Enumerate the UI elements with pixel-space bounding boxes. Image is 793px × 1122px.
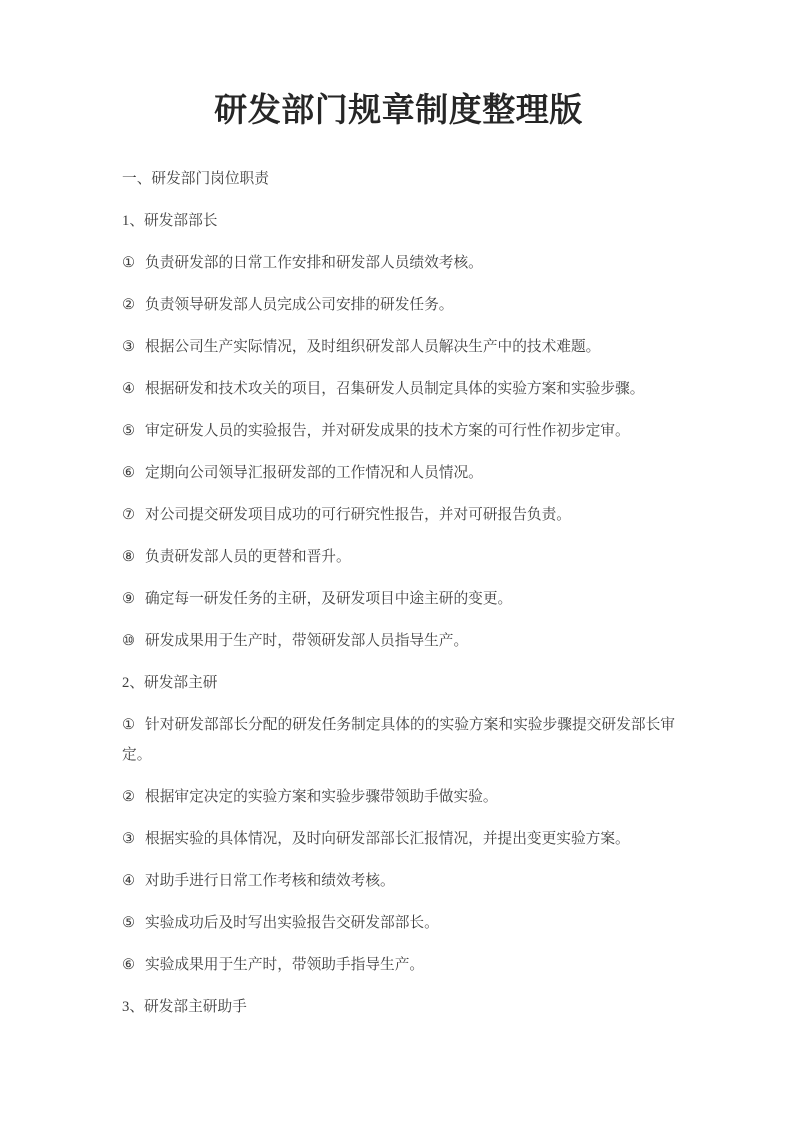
list-item: ①针对研发部部长分配的研发任务制定具体的的实验方案和实验步骤提交研发部长审定。 (122, 710, 675, 770)
item-text: 对公司提交研发项目成功的可行研究性报告，并对可研报告负责。 (145, 507, 571, 523)
item-marker: ④ (122, 374, 137, 404)
item-marker: ① (122, 248, 137, 278)
list-item: ③根据实验的具体情况，及时向研发部部长汇报情况，并提出变更实验方案。 (122, 824, 675, 854)
list-item: ⑩研发成果用于生产时，带领研发部人员指导生产。 (122, 626, 675, 656)
list-item: ④根据研发和技术攻关的项目，召集研发人员制定具体的实验方案和实验步骤。 (122, 374, 675, 404)
list-item: ③根据公司生产实际情况，及时组织研发部人员解决生产中的技术难题。 (122, 332, 675, 362)
item-text: 根据公司生产实际情况，及时组织研发部人员解决生产中的技术难题。 (145, 339, 600, 355)
item-text: 确定每一研发任务的主研，及研发项目中途主研的变更。 (145, 591, 512, 607)
item-text: 负责研发部的日常工作安排和研发部人员绩效考核。 (145, 255, 483, 271)
subsection-heading-1: 1、研发部部长 (122, 206, 675, 236)
item-marker: ⑤ (122, 908, 137, 938)
item-marker: ⑤ (122, 416, 137, 446)
list-item: ⑤实验成功后及时写出实验报告交研发部部长。 (122, 908, 675, 938)
section-heading: 一、研发部门岗位职责 (122, 164, 675, 194)
list-item: ②负责领导研发部人员完成公司安排的研发任务。 (122, 290, 675, 320)
item-marker: ⑨ (122, 584, 137, 614)
list-item: ⑥实验成果用于生产时，带领助手指导生产。 (122, 950, 675, 980)
list-item: ②根据审定决定的实验方案和实验步骤带领助手做实验。 (122, 782, 675, 812)
item-text: 负责领导研发部人员完成公司安排的研发任务。 (145, 297, 453, 313)
document-page: 研发部门规章制度整理版 一、研发部门岗位职责 1、研发部部长 ①负责研发部的日常… (0, 0, 793, 1122)
list-item: ①负责研发部的日常工作安排和研发部人员绩效考核。 (122, 248, 675, 278)
item-text: 根据研发和技术攻关的项目，召集研发人员制定具体的实验方案和实验步骤。 (145, 381, 644, 397)
list-item: ⑧负责研发部人员的更替和晋升。 (122, 542, 675, 572)
item-marker: ⑧ (122, 542, 137, 572)
item-marker: ④ (122, 866, 137, 896)
list-item: ④对助手进行日常工作考核和绩效考核。 (122, 866, 675, 896)
item-marker: ③ (122, 332, 137, 362)
list-item: ⑨确定每一研发任务的主研，及研发项目中途主研的变更。 (122, 584, 675, 614)
list-item: ⑦对公司提交研发项目成功的可行研究性报告，并对可研报告负责。 (122, 500, 675, 530)
item-text: 负责研发部人员的更替和晋升。 (145, 549, 351, 565)
item-marker: ② (122, 290, 137, 320)
item-marker: ⑥ (122, 950, 137, 980)
list-item: ⑤审定研发人员的实验报告，并对研发成果的技术方案的可行性作初步定审。 (122, 416, 675, 446)
item-text: 针对研发部部长分配的研发任务制定具体的的实验方案和实验步骤提交研发部长审定。 (122, 717, 675, 763)
item-marker: ③ (122, 824, 137, 854)
item-marker: ⑦ (122, 500, 137, 530)
item-text: 研发成果用于生产时，带领研发部人员指导生产。 (145, 633, 468, 649)
item-text: 根据审定决定的实验方案和实验步骤带领助手做实验。 (145, 789, 498, 805)
item-text: 根据实验的具体情况，及时向研发部部长汇报情况，并提出变更实验方案。 (145, 831, 630, 847)
item-marker: ⑩ (122, 626, 137, 656)
subsection-heading-2: 2、研发部主研 (122, 668, 675, 698)
list-item: ⑥定期向公司领导汇报研发部的工作情况和人员情况。 (122, 458, 675, 488)
item-text: 审定研发人员的实验报告，并对研发成果的技术方案的可行性作初步定审。 (145, 423, 630, 439)
item-text: 定期向公司领导汇报研发部的工作情况和人员情况。 (145, 465, 483, 481)
item-text: 对助手进行日常工作考核和绩效考核。 (145, 873, 395, 889)
item-text: 实验成功后及时写出实验报告交研发部部长。 (145, 915, 439, 931)
item-text: 实验成果用于生产时，带领助手指导生产。 (145, 957, 424, 973)
item-marker: ② (122, 782, 137, 812)
item-marker: ① (122, 710, 137, 740)
document-title: 研发部门规章制度整理版 (122, 89, 675, 134)
subsection-heading-3: 3、研发部主研助手 (122, 992, 675, 1022)
item-marker: ⑥ (122, 458, 137, 488)
